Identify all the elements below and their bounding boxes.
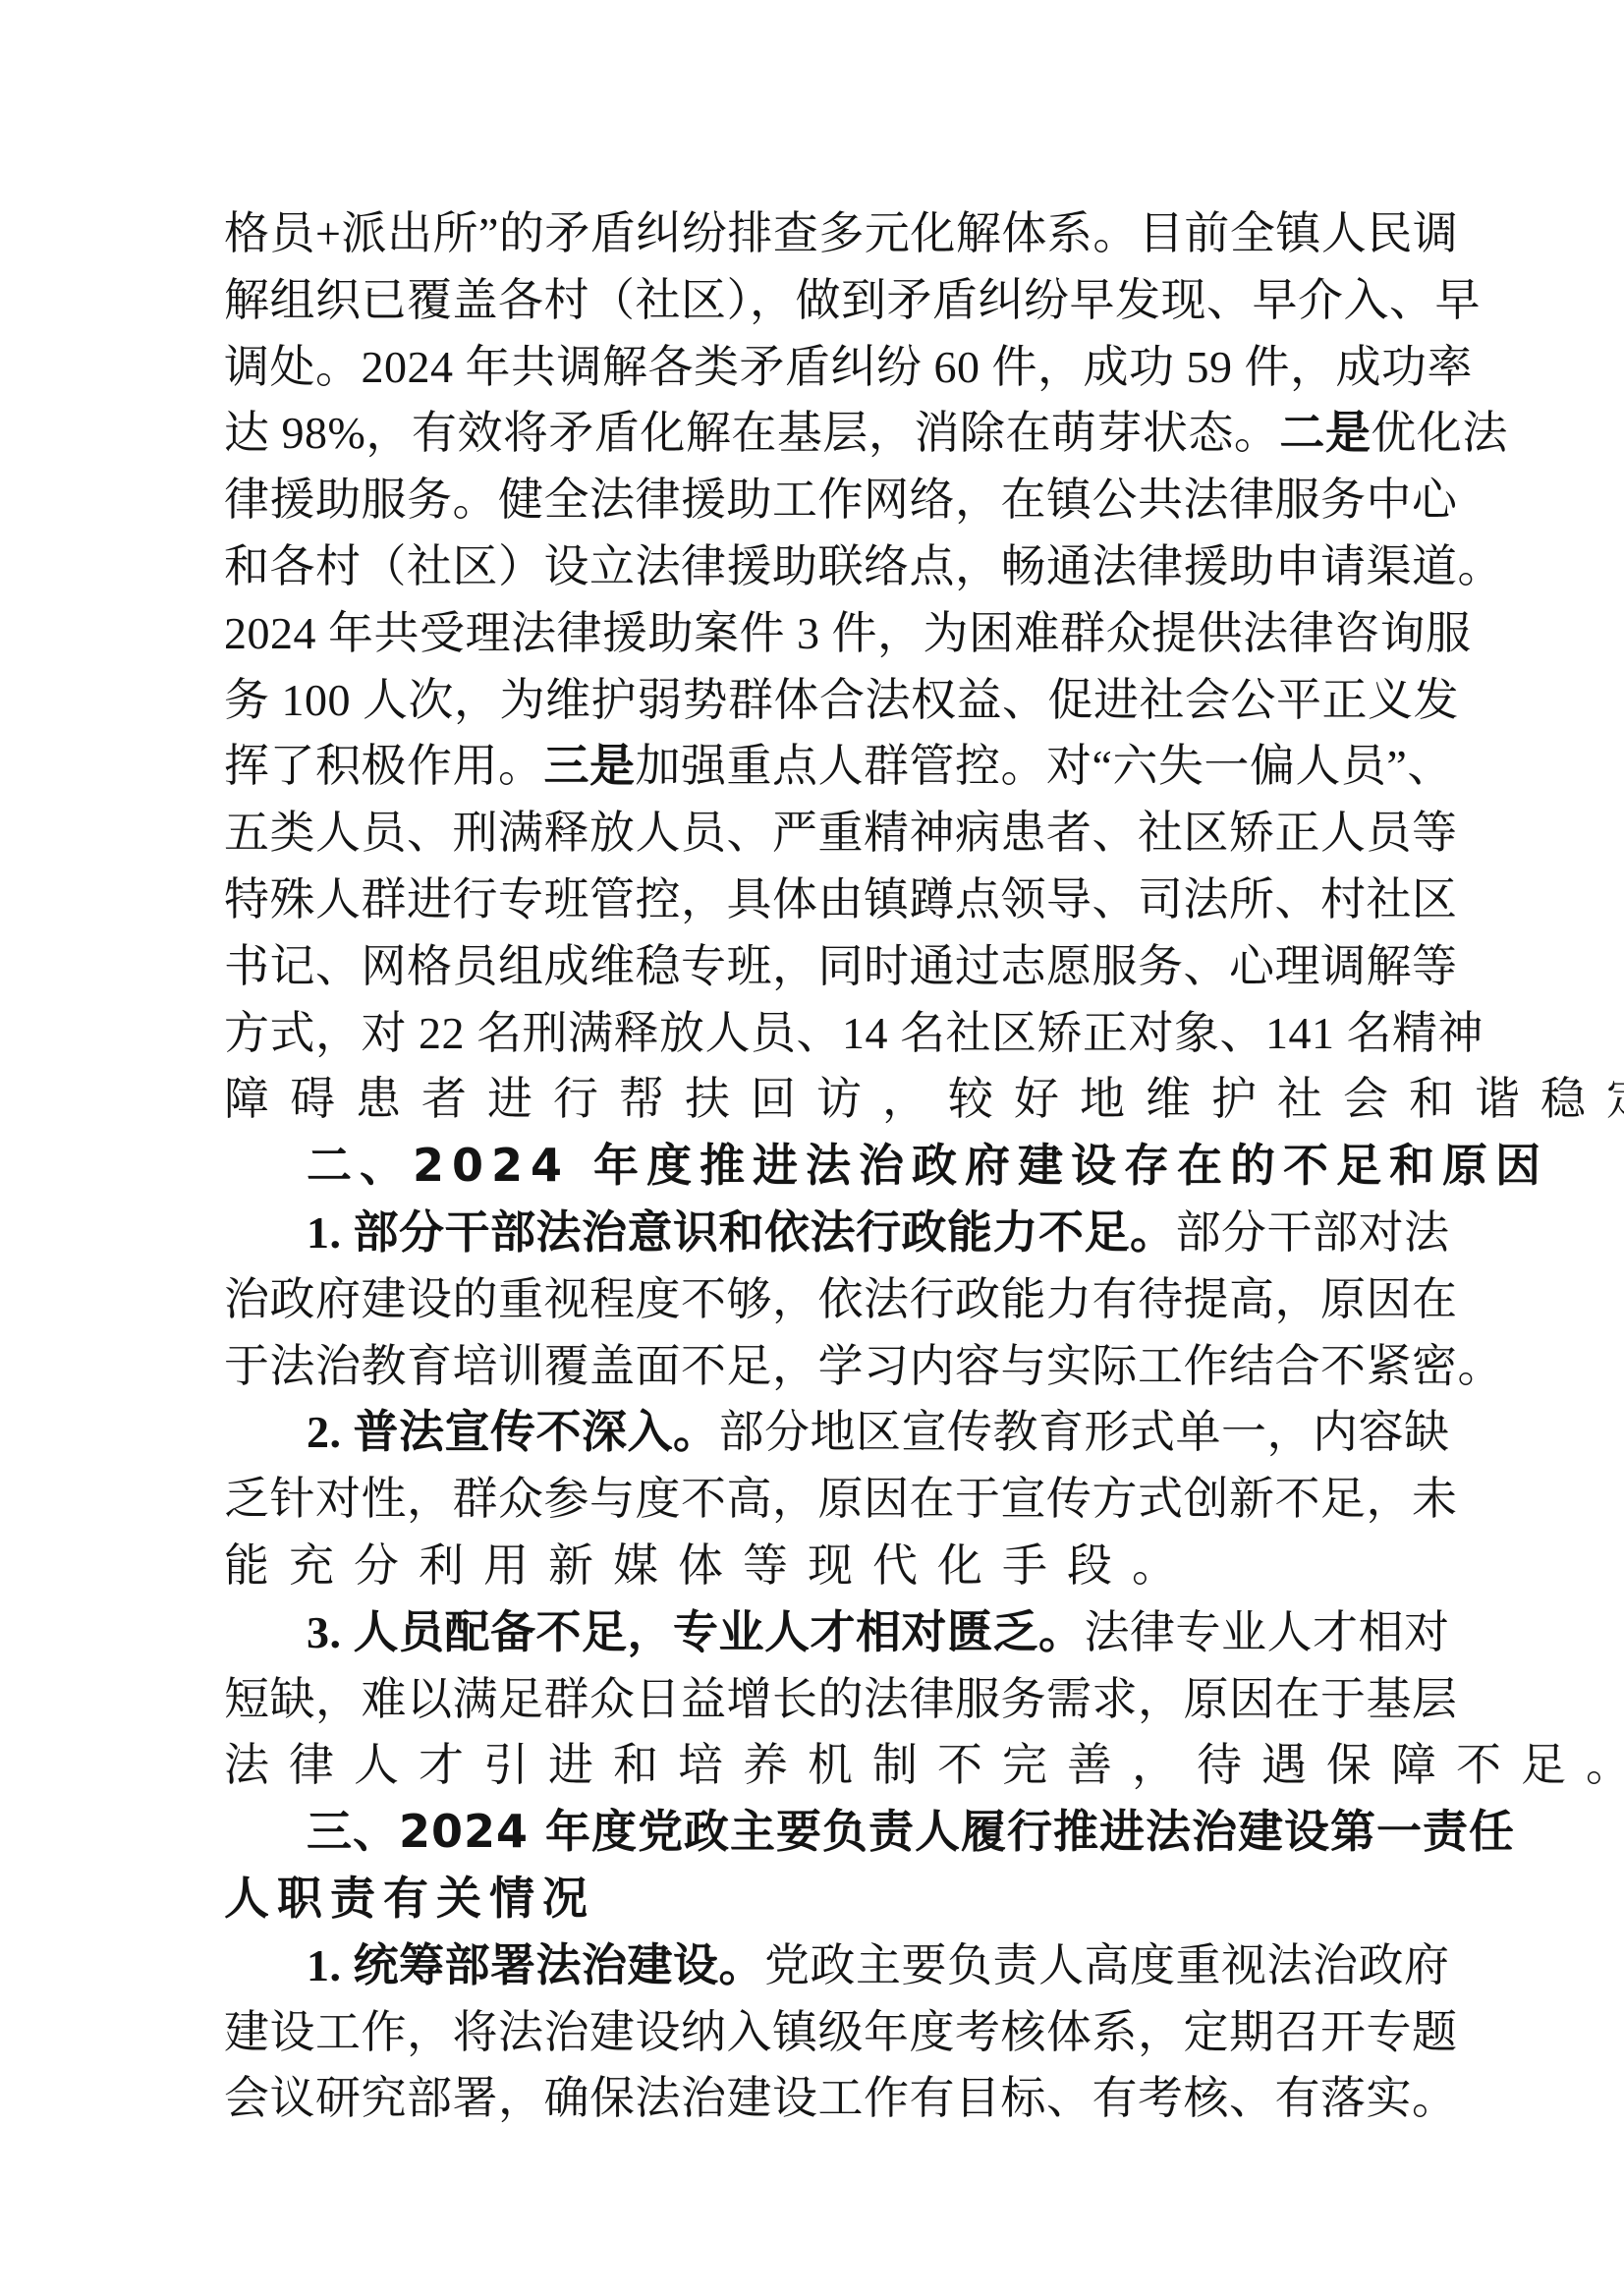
- item-title: 1. 统筹部署法治建设。: [307, 1940, 764, 1990]
- text-span: 部分地区宣传教育形式单一，内容缺: [719, 1407, 1450, 1457]
- text-line: 务 100 人次，为维护弱势群体合法权益、促进社会公平正义发: [224, 667, 1400, 734]
- text-line: 特殊人群进行专班管控，具体由镇蹲点领导、司法所、村社区: [224, 867, 1400, 933]
- list-item: 1. 统筹部署法治建设。党政主要负责人高度重视法治政府 建设工作，将法治建设纳入…: [224, 1932, 1400, 2132]
- text-line: 法律人才引进和培养机制不完善，待遇保障不足。: [224, 1732, 1400, 1799]
- text-span: 优化法: [1371, 408, 1508, 458]
- text-span: 法律专业人才相对: [1085, 1607, 1450, 1657]
- text-line: 治政府建设的重视程度不够，依法行政能力有待提高，原因在: [224, 1266, 1400, 1333]
- list-item: 1. 部分干部法治意识和依法行政能力不足。部分干部对法 治政府建设的重视程度不够…: [224, 1200, 1400, 1399]
- section-2: 二、2024 年度推进法治政府建设存在的不足和原因 1. 部分干部法治意识和依法…: [224, 1133, 1400, 1799]
- text-line: 建设工作，将法治建设纳入镇级年度考核体系，定期召开专题: [224, 1999, 1400, 2066]
- text-line: 书记、网格员组成维稳专班，同时通过志愿服务、心理调解等: [224, 933, 1400, 1000]
- text-span: 党政主要负责人高度重视法治政府: [764, 1940, 1450, 1990]
- bold-keyword: 三是: [544, 741, 636, 791]
- text-line: 达 98%，有效将矛盾化解在基层，消除在萌芽状态。二是优化法: [224, 400, 1400, 467]
- text-line: 2. 普法宣传不深入。部分地区宣传教育形式单一，内容缺: [224, 1399, 1400, 1466]
- text-line: 五类人员、刑满释放人员、严重精神病患者、社区矫正人员等: [224, 800, 1400, 867]
- document-page: 格员+派出所”的矛盾纠纷排查多元化解体系。目前全镇人民调 解组织已覆盖各村（社区…: [224, 200, 1400, 2132]
- text-span: 挥了积极作用。: [224, 741, 544, 791]
- text-line: 能充分利用新媒体等现代化手段。: [224, 1533, 1400, 1599]
- text-line: 2024 年共受理法律援助案件 3 件，为困难群众提供法律咨询服: [224, 600, 1400, 667]
- text-line: 乏针对性，群众参与度不高，原因在于宣传方式创新不足，未: [224, 1466, 1400, 1533]
- paragraph-continuation: 格员+派出所”的矛盾纠纷排查多元化解体系。目前全镇人民调 解组织已覆盖各村（社区…: [224, 200, 1400, 1133]
- item-title: 2. 普法宣传不深入。: [307, 1407, 719, 1457]
- text-line: 和各村（社区）设立法律援助联络点，畅通法律援助申请渠道。: [224, 533, 1400, 600]
- list-item: 3. 人员配备不足，专业人才相对匮乏。法律专业人才相对 短缺，难以满足群众日益增…: [224, 1599, 1400, 1799]
- item-title: 1. 部分干部法治意识和依法行政能力不足。: [307, 1207, 1176, 1258]
- text-line: 障碍患者进行帮扶回访，较好地维护社会和谐稳定。: [224, 1066, 1400, 1133]
- text-line: 3. 人员配备不足，专业人才相对匮乏。法律专业人才相对: [224, 1599, 1400, 1666]
- text-span: 达 98%，有效将矛盾化解在基层，消除在萌芽状态。: [224, 408, 1279, 458]
- section-heading-continued: 人职责有关情况: [224, 1866, 1400, 1932]
- text-line: 方式，对 22 名刑满释放人员、14 名社区矫正对象、141 名精神: [224, 1000, 1400, 1067]
- text-line: 会议研究部署，确保法治建设工作有目标、有考核、有落实。: [224, 2065, 1400, 2132]
- section-3: 三、2024 年度党政主要负责人履行推进法治建设第一责任 人职责有关情况 1. …: [224, 1799, 1400, 2132]
- list-item: 2. 普法宣传不深入。部分地区宣传教育形式单一，内容缺 乏针对性，群众参与度不高…: [224, 1399, 1400, 1598]
- text-line: 解组织已覆盖各村（社区），做到矛盾纠纷早发现、早介入、早: [224, 267, 1400, 334]
- section-heading: 二、2024 年度推进法治政府建设存在的不足和原因: [224, 1133, 1400, 1200]
- text-line: 挥了积极作用。三是加强重点人群管控。对“六失一偏人员”、: [224, 733, 1400, 800]
- text-line: 调处。2024 年共调解各类矛盾纠纷 60 件，成功 59 件，成功率: [224, 334, 1400, 401]
- text-span: 部分干部对法: [1176, 1207, 1450, 1258]
- bold-keyword: 二是: [1279, 408, 1371, 458]
- text-line: 1. 部分干部法治意识和依法行政能力不足。部分干部对法: [224, 1200, 1400, 1266]
- item-title: 3. 人员配备不足，专业人才相对匮乏。: [307, 1607, 1085, 1657]
- text-line: 格员+派出所”的矛盾纠纷排查多元化解体系。目前全镇人民调: [224, 200, 1400, 267]
- text-span: 加强重点人群管控。对“六失一偏人员”、: [636, 741, 1453, 791]
- text-line: 短缺，难以满足群众日益增长的法律服务需求，原因在于基层: [224, 1666, 1400, 1733]
- text-line: 1. 统筹部署法治建设。党政主要负责人高度重视法治政府: [224, 1932, 1400, 1999]
- text-line: 于法治教育培训覆盖面不足，学习内容与实际工作结合不紧密。: [224, 1333, 1400, 1400]
- text-line: 律援助服务。健全法律援助工作网络，在镇公共法律服务中心: [224, 467, 1400, 533]
- section-heading: 三、2024 年度党政主要负责人履行推进法治建设第一责任: [224, 1799, 1400, 1866]
